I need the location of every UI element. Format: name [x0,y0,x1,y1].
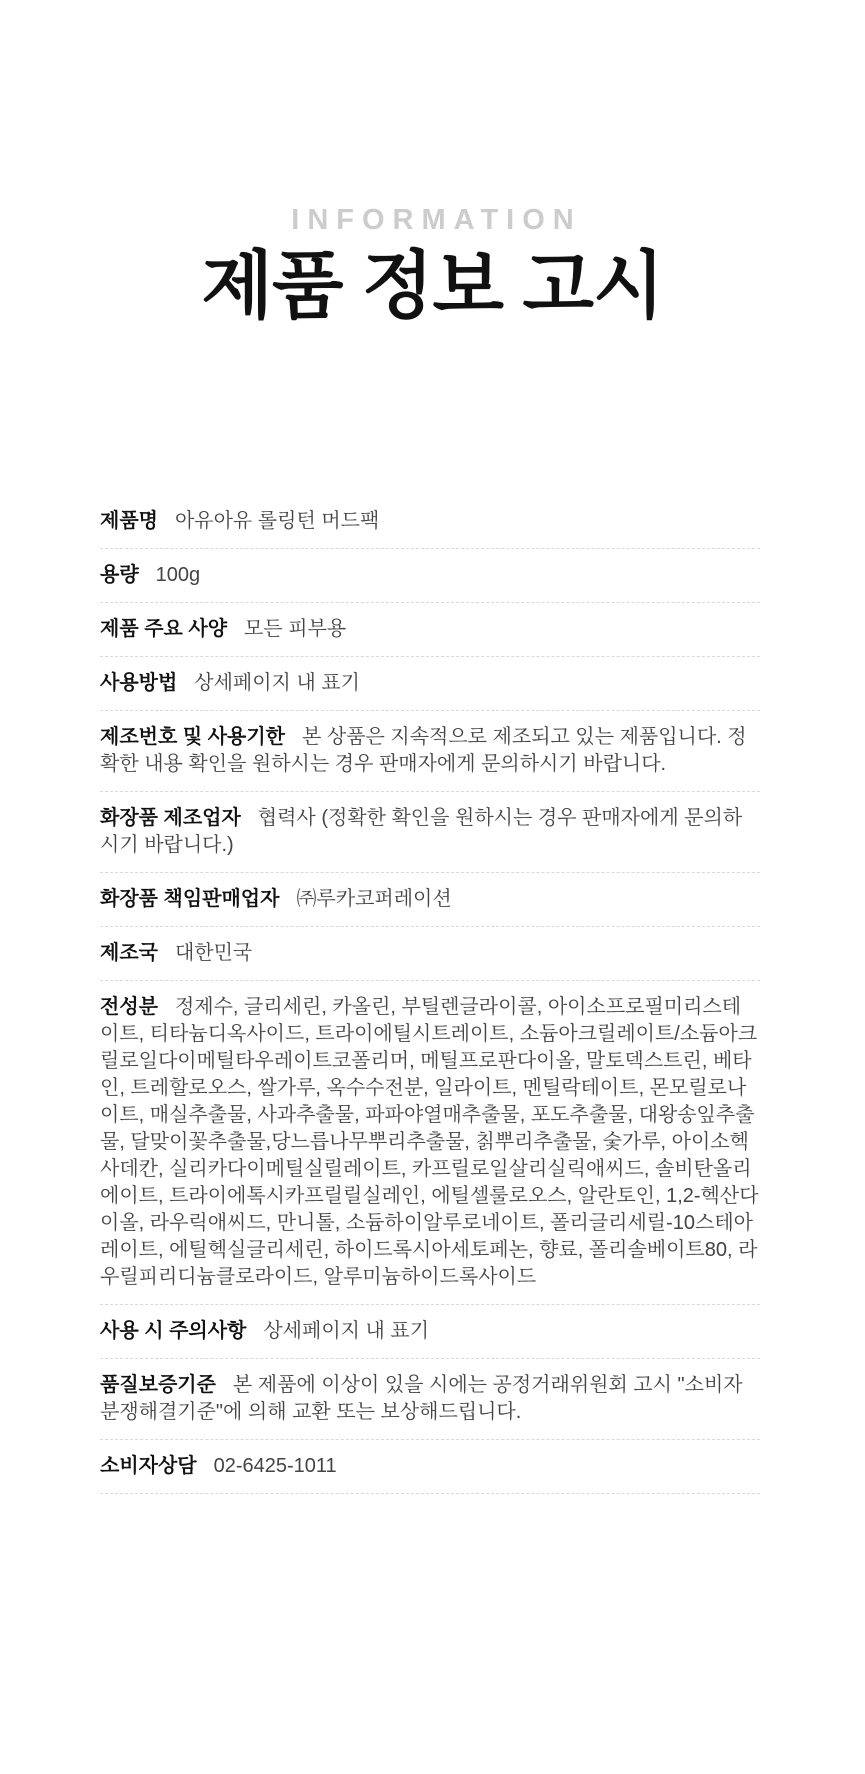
info-row-label: 화장품 제조업자 [100,807,241,829]
info-row-value: 모든 피부용 [244,618,346,640]
info-row-mfg-number-expiry: 제조번호 및 사용기한본 상품은 지속적으로 제조되고 있는 제품입니다. 정확… [100,711,760,792]
info-row-manufacturer: 화장품 제조업자협력사 (정확한 확인을 원하시는 경우 판매자에게 문의하시기… [100,792,760,873]
info-row-label: 제품 주요 사양 [100,618,227,640]
info-row-label: 용량 [100,564,139,586]
info-row-product-spec: 제품 주요 사양모든 피부용 [100,603,760,657]
info-row-label: 제조번호 및 사용기한 [100,726,285,748]
info-row-caution: 사용 시 주의사항상세페이지 내 표기 [100,1305,760,1359]
info-row-usage-method: 사용방법상세페이지 내 표기 [100,657,760,711]
info-row-warranty-standard: 품질보증기준본 제품에 이상이 있을 시에는 공정거래위원회 고시 "소비자분쟁… [100,1359,760,1440]
info-row-label: 소비자상담 [100,1455,197,1477]
product-info-page: INFORMATION 제품 정보 고시 제품명아유아유 롤링턴 머드팩 용량1… [0,0,865,1774]
info-row-label: 품질보증기준 [100,1374,216,1396]
page-title: 제품 정보 고시 [0,247,865,325]
section-eyebrow: INFORMATION [0,206,865,235]
info-row-label: 제품명 [100,510,158,532]
info-row-label: 사용 시 주의사항 [100,1320,246,1342]
info-row-value: 아유아유 롤링턴 머드팩 [175,510,379,532]
info-row-ingredients: 전성분정제수, 글리세린, 카올린, 부틸렌글라이콜, 아이소프로필미리스테이트… [100,981,760,1305]
info-row-volume: 용량100g [100,549,760,603]
page-header: INFORMATION 제품 정보 고시 [0,0,865,325]
info-row-value: 02-6425-1011 [214,1455,337,1477]
info-row-value: 대한민국 [175,942,252,964]
info-row-value: 100g [156,564,201,586]
info-row-value: ㈜루카코퍼레이션 [296,888,451,910]
info-row-label: 사용방법 [100,672,177,694]
info-row-product-name: 제품명아유아유 롤링턴 머드팩 [100,495,760,549]
product-info-table: 제품명아유아유 롤링턴 머드팩 용량100g 제품 주요 사양모든 피부용 사용… [100,495,760,1494]
info-row-value: 상세페이지 내 표기 [194,672,360,694]
info-row-label: 화장품 책임판매업자 [100,888,279,910]
info-row-label: 전성분 [100,996,158,1018]
info-row-label: 제조국 [100,942,158,964]
info-row-value: 상세페이지 내 표기 [263,1320,429,1342]
info-row-responsible-seller: 화장품 책임판매업자㈜루카코퍼레이션 [100,873,760,927]
info-row-customer-service: 소비자상담02-6425-1011 [100,1440,760,1494]
info-row-country-of-origin: 제조국대한민국 [100,927,760,981]
info-row-value: 정제수, 글리세린, 카올린, 부틸렌글라이콜, 아이소프로필미리스테이트, 티… [100,996,759,1288]
